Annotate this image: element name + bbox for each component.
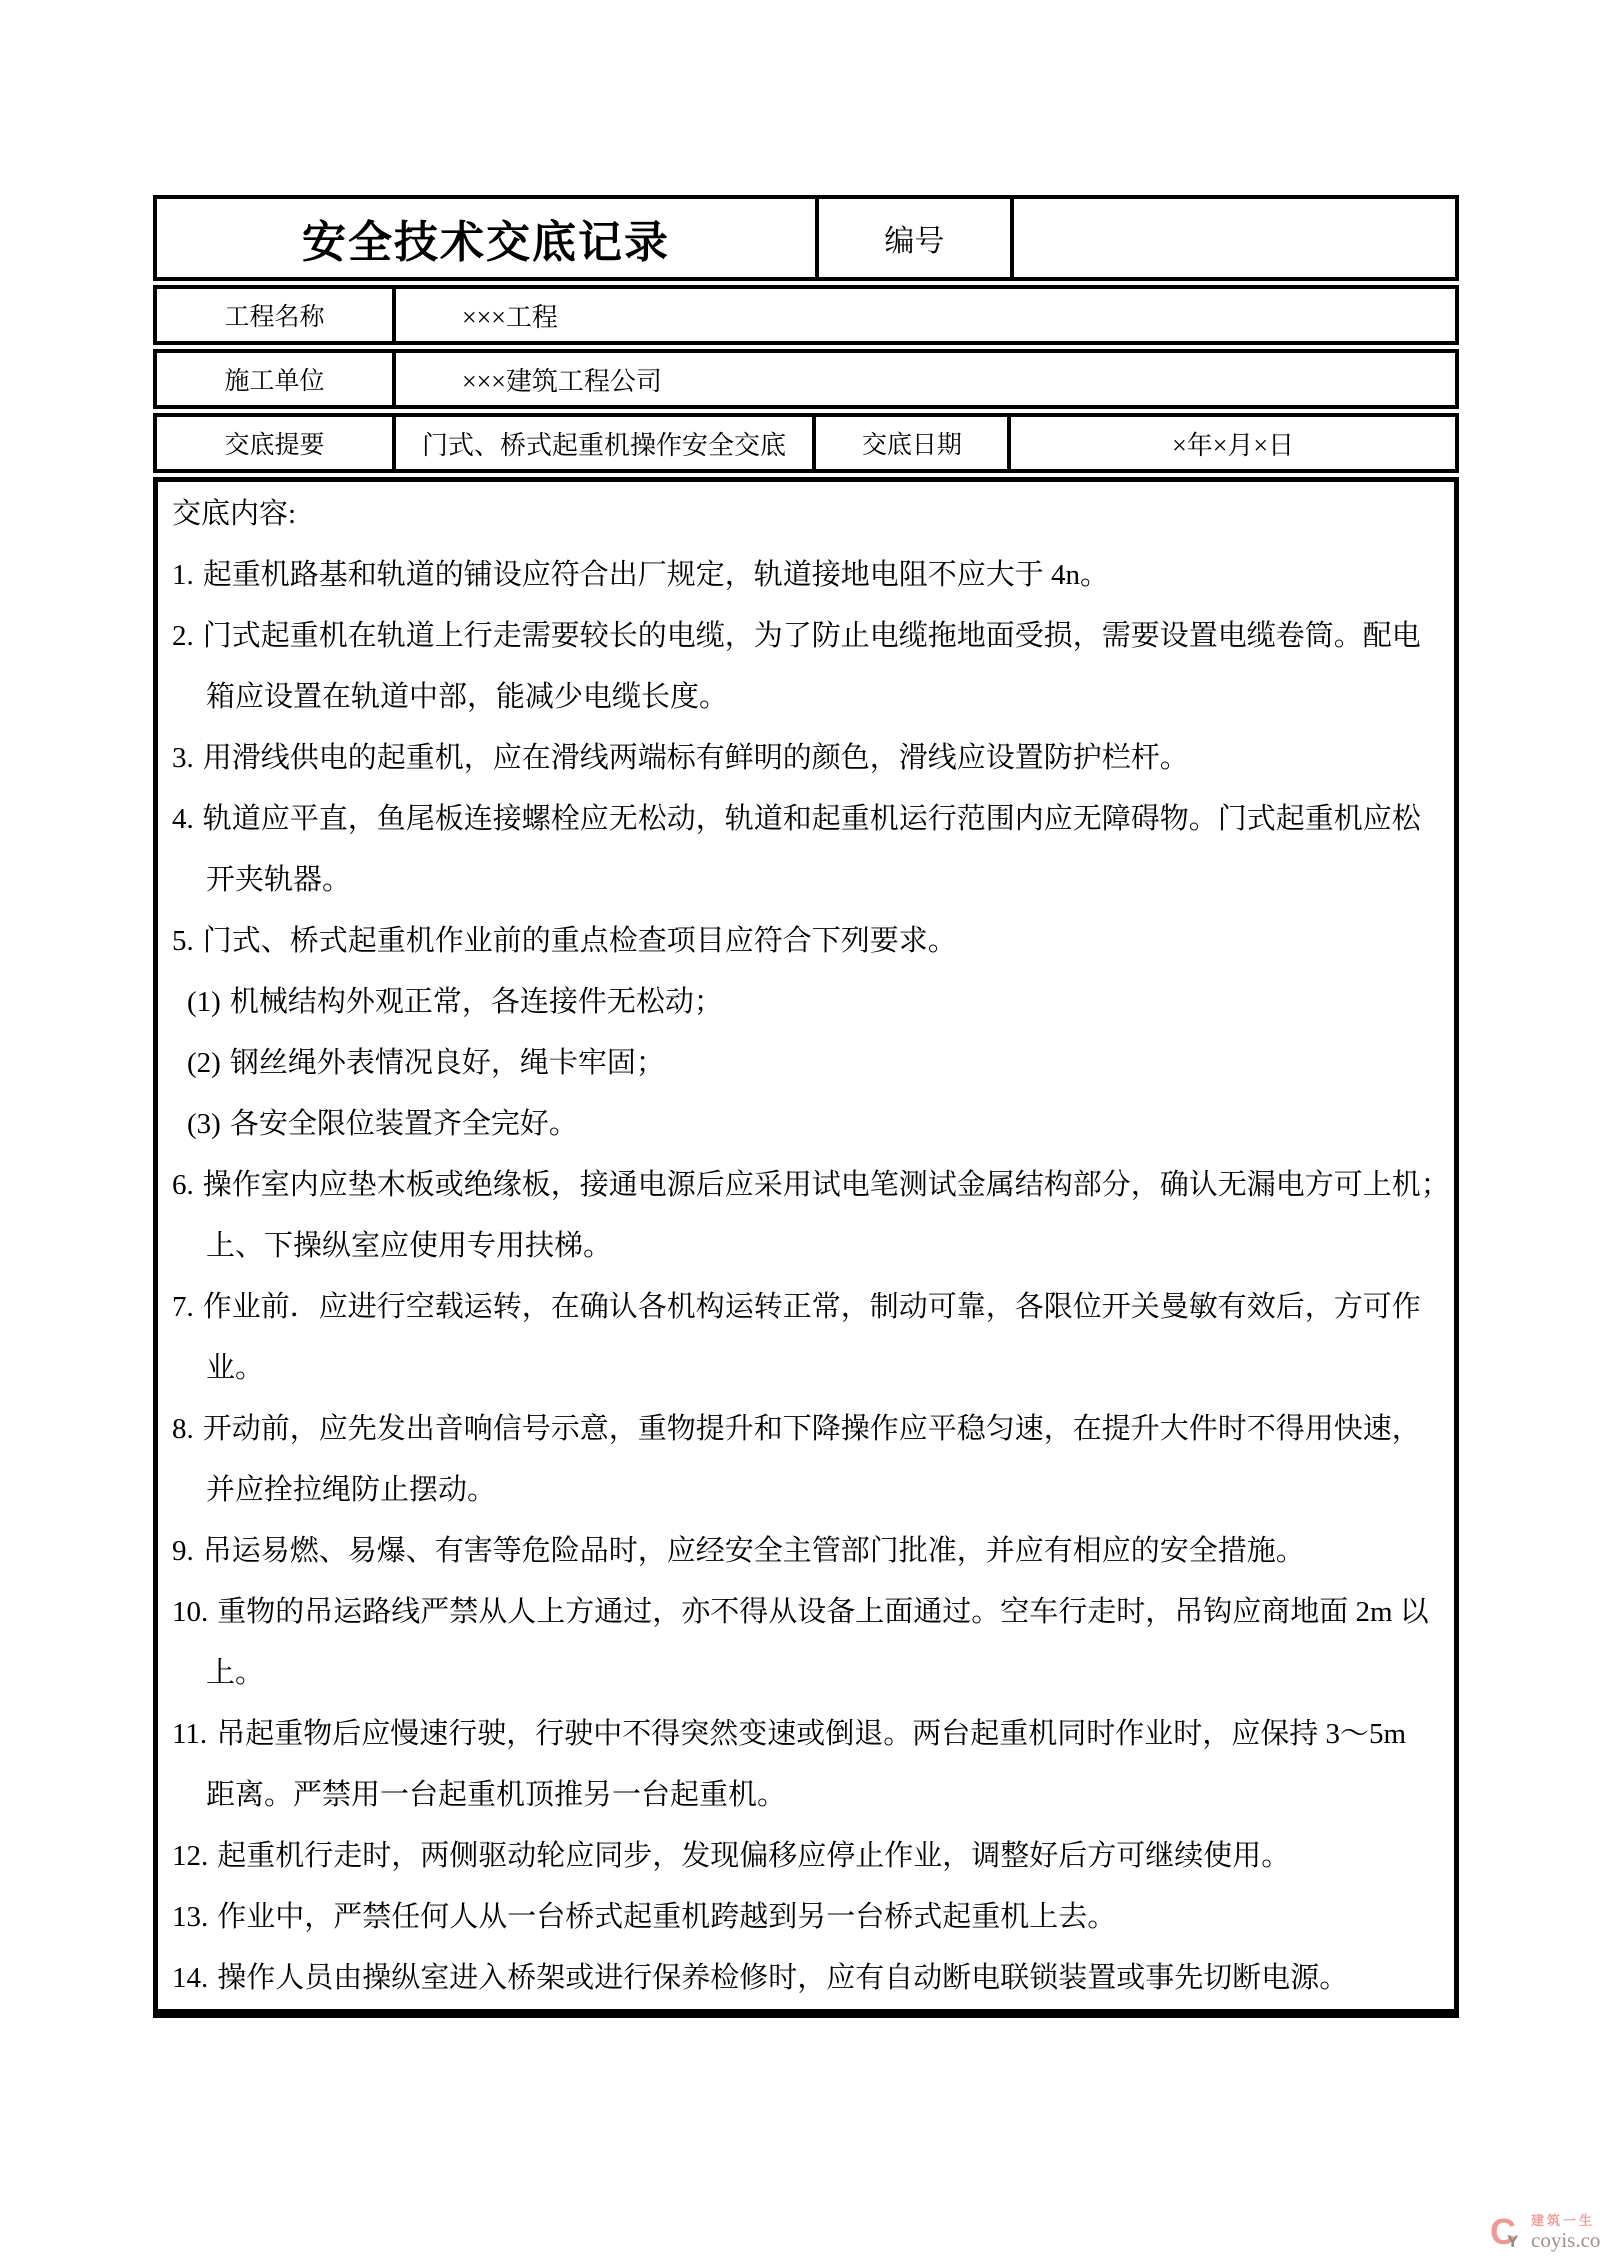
watermark-text: 建筑一生 coyis.com bbox=[1531, 2213, 1600, 2252]
content-line: 3.用滑线供电的起重机，应在滑线两端标有鲜明的颜色，滑线应设置防护栏杆。 bbox=[172, 728, 1454, 789]
item-number: 13. bbox=[172, 1901, 208, 1933]
item-number: 10. bbox=[172, 1596, 208, 1628]
item-text: 门式起重机在轨道上行走需要较长的电缆，为了防止电缆拖地面受损，需要设置电缆卷筒。… bbox=[203, 620, 1421, 652]
content-line: 开夹轨器。 bbox=[172, 850, 1454, 911]
contractor-value: ×××建筑工程公司 bbox=[392, 353, 1455, 405]
content-items: 1.起重机路基和轨道的铺设应符合出厂规定，轨道接地电阻不应大于 4n。2.门式起… bbox=[172, 545, 1454, 2009]
item-text: 操作人员由操纵室进入桥架或进行保养检修时，应有自动断电联锁装置或事先切断电源。 bbox=[217, 1962, 1348, 1994]
disclosure-content-box: 交底内容: 1.起重机路基和轨道的铺设应符合出厂规定，轨道接地电阻不应大于 4n… bbox=[153, 477, 1459, 2018]
project-name-label: 工程名称 bbox=[157, 289, 392, 341]
header-row-summary: 交底提要 门式、桥式起重机操作安全交底 交底日期 ×年×月×日 bbox=[153, 413, 1459, 473]
item-text: 起重机行走时，两侧驱动轮应同步，发现偏移应停止作业，调整好后方可继续使用。 bbox=[217, 1840, 1290, 1872]
item-number: 4. bbox=[172, 803, 194, 835]
content-line: (2)钢丝绳外表情况良好，绳卡牢固； bbox=[172, 1033, 1454, 1094]
header-row-title: 安全技术交底记录 编号 bbox=[153, 195, 1459, 281]
summary-label: 交底提要 bbox=[157, 417, 392, 469]
item-number: 14. bbox=[172, 1962, 208, 1994]
watermark-site-url: coyis.com bbox=[1531, 2228, 1600, 2252]
content-line: 13.作业中，严禁任何人从一台桥式起重机跨越到另一台桥式起重机上去。 bbox=[172, 1887, 1454, 1948]
contractor-label: 施工单位 bbox=[157, 353, 392, 405]
item-number: 11. bbox=[172, 1718, 207, 1750]
item-number: 9. bbox=[172, 1535, 194, 1567]
content-line: 10.重物的吊运路线严禁从人上方通过，亦不得从设备上面通过。空车行走时，吊钩应商… bbox=[172, 1582, 1454, 1643]
item-number: 3. bbox=[172, 742, 194, 774]
item-number: (2) bbox=[187, 1047, 221, 1079]
item-number: 12. bbox=[172, 1840, 208, 1872]
item-text: 轨道应平直，鱼尾板连接螺栓应无松动，轨道和起重机运行范围内应无障碍物。门式起重机… bbox=[203, 803, 1421, 835]
safety-disclosure-table: 安全技术交底记录 编号 工程名称 ×××工程 施工单位 ×××建筑工程公司 交底… bbox=[153, 195, 1459, 2018]
content-line: 5.门式、桥式起重机作业前的重点检查项目应符合下列要求。 bbox=[172, 911, 1454, 972]
content-line: (3)各安全限位装置齐全完好。 bbox=[172, 1094, 1454, 1155]
content-line: 9.吊运易燃、易爆、有害等危险品时，应经安全主管部门批准，并应有相应的安全措施。 bbox=[172, 1521, 1454, 1582]
item-text: 吊起重物后应慢速行驶，行驶中不得突然变速或倒退。两台起重机同时作业时，应保持 3… bbox=[216, 1718, 1406, 1750]
number-value bbox=[1010, 199, 1455, 277]
item-number: 7. bbox=[172, 1291, 194, 1323]
item-number: 8. bbox=[172, 1413, 194, 1445]
content-line: (1)机械结构外观正常，各连接件无松动； bbox=[172, 972, 1454, 1033]
summary-value: 门式、桥式起重机操作安全交底 bbox=[392, 417, 813, 469]
header-row-project: 工程名称 ×××工程 bbox=[153, 285, 1459, 345]
content-line: 11.吊起重物后应慢速行驶，行驶中不得突然变速或倒退。两台起重机同时作业时，应保… bbox=[172, 1704, 1454, 1765]
watermark-logo-y: Y bbox=[1507, 2232, 1518, 2252]
content-line: 8.开动前，应先发出音响信号示意，重物提升和下降操作应平稳匀速，在提升大件时不得… bbox=[172, 1399, 1454, 1460]
number-label: 编号 bbox=[815, 199, 1010, 277]
content-line: 7.作业前．应进行空载运转，在确认各机构运转正常，制动可靠，各限位开关曼敏有效后… bbox=[172, 1277, 1454, 1338]
site-watermark: C Y 建筑一生 coyis.com bbox=[1490, 2212, 1600, 2252]
item-text: 作业前．应进行空载运转，在确认各机构运转正常，制动可靠，各限位开关曼敏有效后，方… bbox=[203, 1291, 1421, 1323]
header-row-contractor: 施工单位 ×××建筑工程公司 bbox=[153, 349, 1459, 409]
item-text: 门式、桥式起重机作业前的重点检查项目应符合下列要求。 bbox=[203, 925, 957, 957]
item-text: 重物的吊运路线严禁从人上方通过，亦不得从设备上面通过。空车行走时，吊钩应商地面 … bbox=[217, 1596, 1429, 1628]
document-page: 安全技术交底记录 编号 工程名称 ×××工程 施工单位 ×××建筑工程公司 交底… bbox=[0, 0, 1600, 2262]
item-number: 5. bbox=[172, 925, 194, 957]
item-number: (3) bbox=[187, 1108, 221, 1140]
content-line: 上、下操纵室应使用专用扶梯。 bbox=[172, 1216, 1454, 1277]
item-text: 各安全限位装置齐全完好。 bbox=[230, 1108, 578, 1140]
date-label: 交底日期 bbox=[812, 417, 1007, 469]
watermark-logo-icon: C Y bbox=[1490, 2212, 1524, 2252]
content-line: 4.轨道应平直，鱼尾板连接螺栓应无松动，轨道和起重机运行范围内应无障碍物。门式起… bbox=[172, 789, 1454, 850]
item-text: 操作室内应垫木板或绝缘板，接通电源后应采用试电笔测试金属结构部分，确认无漏电方可… bbox=[203, 1169, 1450, 1201]
content-line: 并应拴拉绳防止摆动。 bbox=[172, 1460, 1454, 1521]
content-line: 1.起重机路基和轨道的铺设应符合出厂规定，轨道接地电阻不应大于 4n。 bbox=[172, 545, 1454, 606]
item-number: 2. bbox=[172, 620, 194, 652]
item-number: 6. bbox=[172, 1169, 194, 1201]
content-line: 12.起重机行走时，两侧驱动轮应同步，发现偏移应停止作业，调整好后方可继续使用。 bbox=[172, 1826, 1454, 1887]
content-line: 14.操作人员由操纵室进入桥架或进行保养检修时，应有自动断电联锁装置或事先切断电… bbox=[172, 1948, 1454, 2009]
item-text: 钢丝绳外表情况良好，绳卡牢固； bbox=[230, 1047, 665, 1079]
item-text: 机械结构外观正常，各连接件无松动； bbox=[230, 986, 723, 1018]
item-text: 作业中，严禁任何人从一台桥式起重机跨越到另一台桥式起重机上去。 bbox=[217, 1901, 1116, 1933]
document-title: 安全技术交底记录 bbox=[157, 199, 815, 277]
item-text: 用滑线供电的起重机，应在滑线两端标有鲜明的颜色，滑线应设置防护栏杆。 bbox=[203, 742, 1189, 774]
content-line: 箱应设置在轨道中部，能减少电缆长度。 bbox=[172, 667, 1454, 728]
item-text: 起重机路基和轨道的铺设应符合出厂规定，轨道接地电阻不应大于 4n。 bbox=[203, 559, 1109, 591]
item-text: 开动前，应先发出音响信号示意，重物提升和下降操作应平稳匀速，在提升大件时不得用快… bbox=[203, 1413, 1421, 1445]
watermark-brand: 建筑一生 bbox=[1531, 2213, 1600, 2228]
content-line: 距离。严禁用一台起重机顶推另一台起重机。 bbox=[172, 1765, 1454, 1826]
item-number: 1. bbox=[172, 559, 194, 591]
content-line: 6.操作室内应垫木板或绝缘板，接通电源后应采用试电笔测试金属结构部分，确认无漏电… bbox=[172, 1155, 1454, 1216]
content-line: 业。 bbox=[172, 1338, 1454, 1399]
content-heading: 交底内容: bbox=[172, 484, 1454, 545]
date-value: ×年×月×日 bbox=[1007, 417, 1455, 469]
item-text: 吊运易燃、易爆、有害等危险品时，应经安全主管部门批准，并应有相应的安全措施。 bbox=[203, 1535, 1305, 1567]
content-line: 2.门式起重机在轨道上行走需要较长的电缆，为了防止电缆拖地面受损，需要设置电缆卷… bbox=[172, 606, 1454, 667]
item-number: (1) bbox=[187, 986, 221, 1018]
content-line: 上。 bbox=[172, 1643, 1454, 1704]
project-name-value: ×××工程 bbox=[392, 289, 1455, 341]
